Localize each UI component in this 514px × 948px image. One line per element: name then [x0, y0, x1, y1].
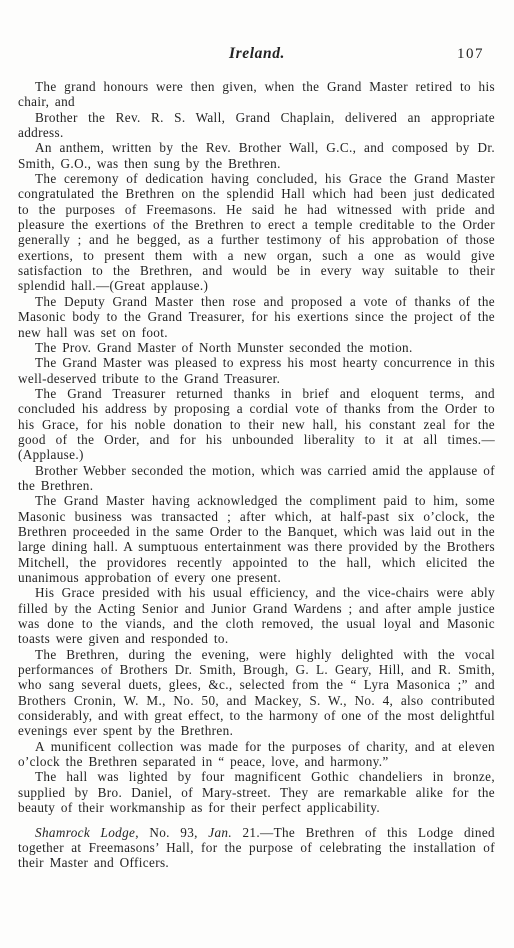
- scanned-page: Ireland. 107 The grand honours were then…: [0, 0, 514, 948]
- shamrock-lodge-entry: Shamrock Lodge, No. 93, Jan. 21.—The Bre…: [18, 825, 495, 871]
- paragraph: The ceremony of dedication having conclu…: [18, 171, 495, 294]
- page-header: Ireland. 107: [18, 45, 496, 63]
- paragraph: The Brethren, during the evening, were h…: [18, 647, 495, 739]
- article-body: The grand honours were then given, when …: [18, 79, 495, 871]
- paragraph: Brother the Rev. R. S. Wall, Grand Chapl…: [18, 110, 495, 141]
- paragraph: A munificent collection was made for the…: [18, 739, 495, 770]
- paragraph: The Grand Treasurer returned thanks in b…: [18, 386, 495, 463]
- paragraph: The grand honours were then given, when …: [18, 79, 495, 110]
- paragraph: Brother Webber seconded the motion, whic…: [18, 463, 495, 494]
- paragraph: The hall was lighted by four magnificent…: [18, 769, 495, 815]
- entry-date: Jan.: [208, 825, 232, 840]
- running-title: Ireland.: [18, 45, 496, 63]
- paragraph: The Grand Master having acknowledged the…: [18, 493, 495, 585]
- lodge-number: , No. 93,: [135, 825, 208, 840]
- paragraph: The Deputy Grand Master then rose and pr…: [18, 294, 495, 340]
- paragraph: An anthem, written by the Rev. Brother W…: [18, 140, 495, 171]
- paragraph: His Grace presided with his usual effici…: [18, 585, 495, 646]
- lodge-name: Shamrock Lodge: [35, 825, 135, 840]
- page-number: 107: [457, 46, 484, 63]
- paragraph: The Grand Master was pleased to express …: [18, 355, 495, 386]
- paragraph: The Prov. Grand Master of North Munster …: [18, 340, 495, 355]
